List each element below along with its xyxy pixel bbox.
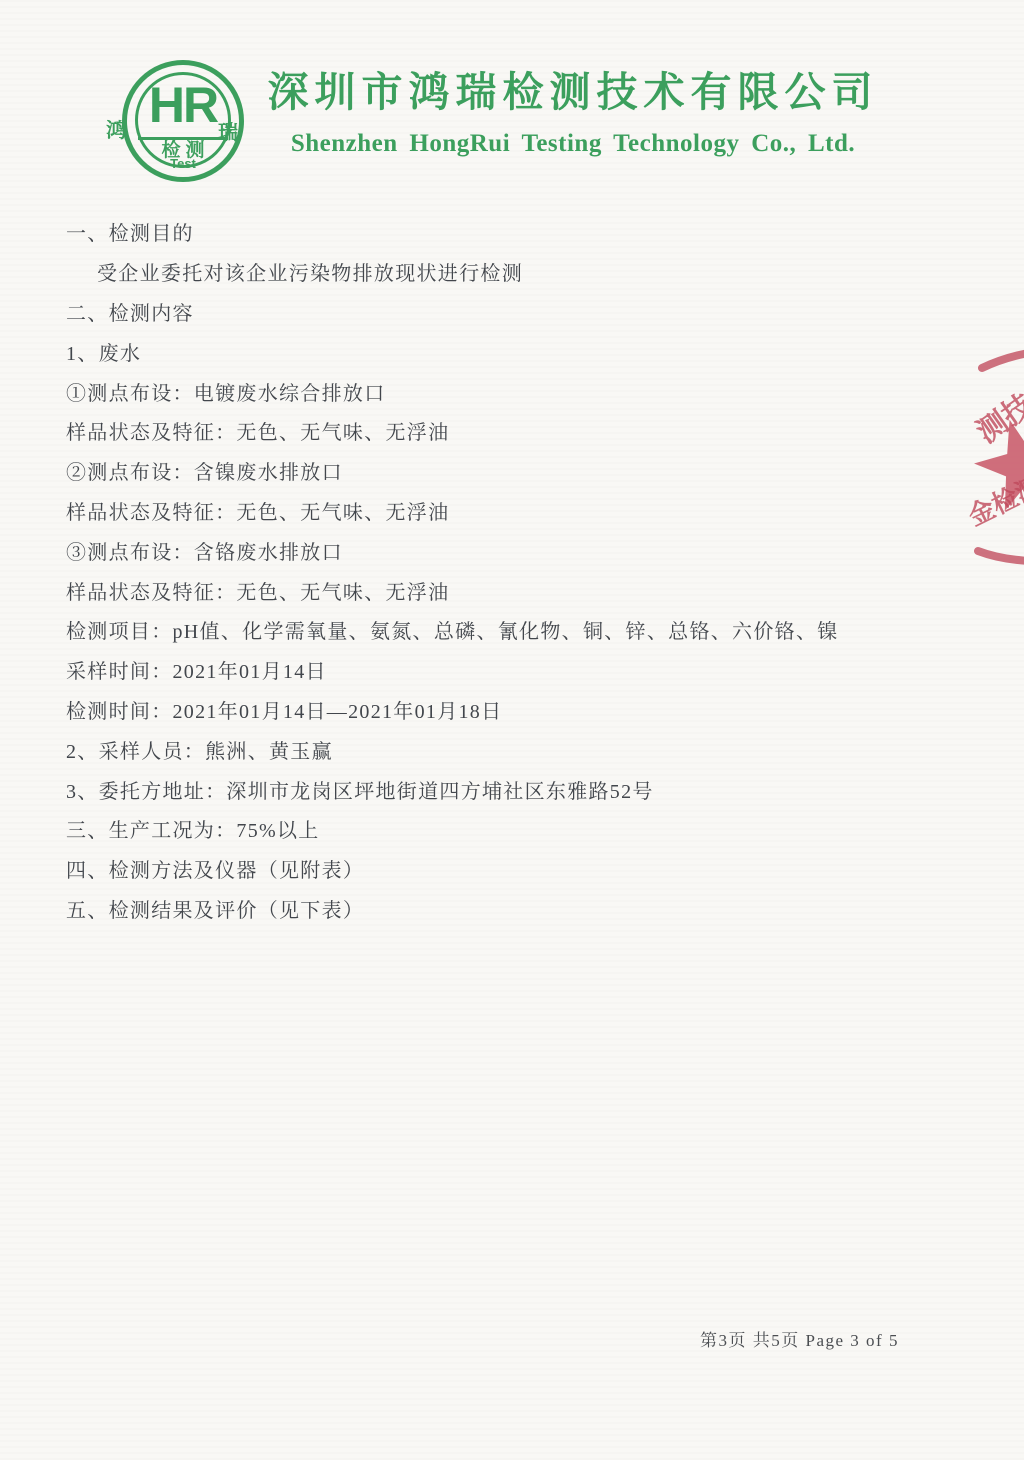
body-line: 检测项目：pH值、化学需氧量、氨氮、总磷、氰化物、铜、锌、总铬、六价铬、镍 — [66, 610, 966, 650]
body-line: 3、委托方地址：深圳市龙岗区坪地街道四方埔社区东雅路52号 — [66, 769, 966, 809]
body-line: 样品状态及特征：无色、无气味、无浮油 — [66, 570, 966, 610]
company-name-cn: 深圳市鸿瑞检测技术有限公司 — [262, 68, 884, 116]
body-line: ①测点布设：电镀废水综合排放口 — [66, 371, 966, 411]
logo-left-char: 鸿 — [106, 114, 126, 143]
report-body: 一、检测目的 受企业委托对该企业污染物排放现状进行检测 二、检测内容 1、废水 … — [66, 212, 966, 928]
body-line: 样品状态及特征：无色、无气味、无浮油 — [66, 411, 966, 451]
body-line: 一、检测目的 — [66, 212, 966, 252]
body-line: 2、采样人员：熊洲、黄玉赢 — [66, 729, 966, 769]
red-seal-stamp: 测技 金检测 — [958, 340, 1024, 580]
logo-right-char: 瑞 — [218, 116, 238, 145]
page-number: 第3页 共5页 Page 3 of 5 — [700, 1326, 899, 1351]
body-line: 五、检测结果及评价（见下表） — [66, 889, 966, 929]
body-line: 三、生产工况为：75%以上 — [66, 809, 966, 849]
company-logo: HR 检测 Test 鸿 瑞 — [104, 56, 260, 196]
logo-monogram: HR — [135, 80, 231, 130]
body-line: 受企业委托对该企业污染物排放现状进行检测 — [66, 252, 966, 292]
body-line: 采样时间：2021年01月14日 — [66, 650, 966, 690]
document-page: HR 检测 Test 鸿 瑞 深圳市鸿瑞检测技术有限公司 Shenzhen Ho… — [0, 0, 1024, 1460]
body-line: 1、废水 — [66, 331, 966, 371]
logo-label-en: Test — [135, 157, 231, 170]
seal-text-bottom: 金检测 — [963, 470, 1024, 531]
body-line: 二、检测内容 — [66, 292, 966, 332]
body-line: ③测点布设：含铬废水排放口 — [66, 530, 966, 570]
seal-arc-bottom — [978, 551, 1024, 561]
seal-arc-top — [982, 349, 1024, 368]
body-line: ②测点布设：含镍废水排放口 — [66, 451, 966, 491]
body-line: 检测时间：2021年01月14日—2021年01月18日 — [66, 690, 966, 730]
letterhead: 深圳市鸿瑞检测技术有限公司 Shenzhen HongRui Testing T… — [262, 68, 884, 158]
body-line: 四、检测方法及仪器（见附表） — [66, 849, 966, 889]
body-line: 样品状态及特征：无色、无气味、无浮油 — [66, 491, 966, 531]
company-name-en: Shenzhen HongRui Testing Technology Co.,… — [262, 130, 884, 158]
